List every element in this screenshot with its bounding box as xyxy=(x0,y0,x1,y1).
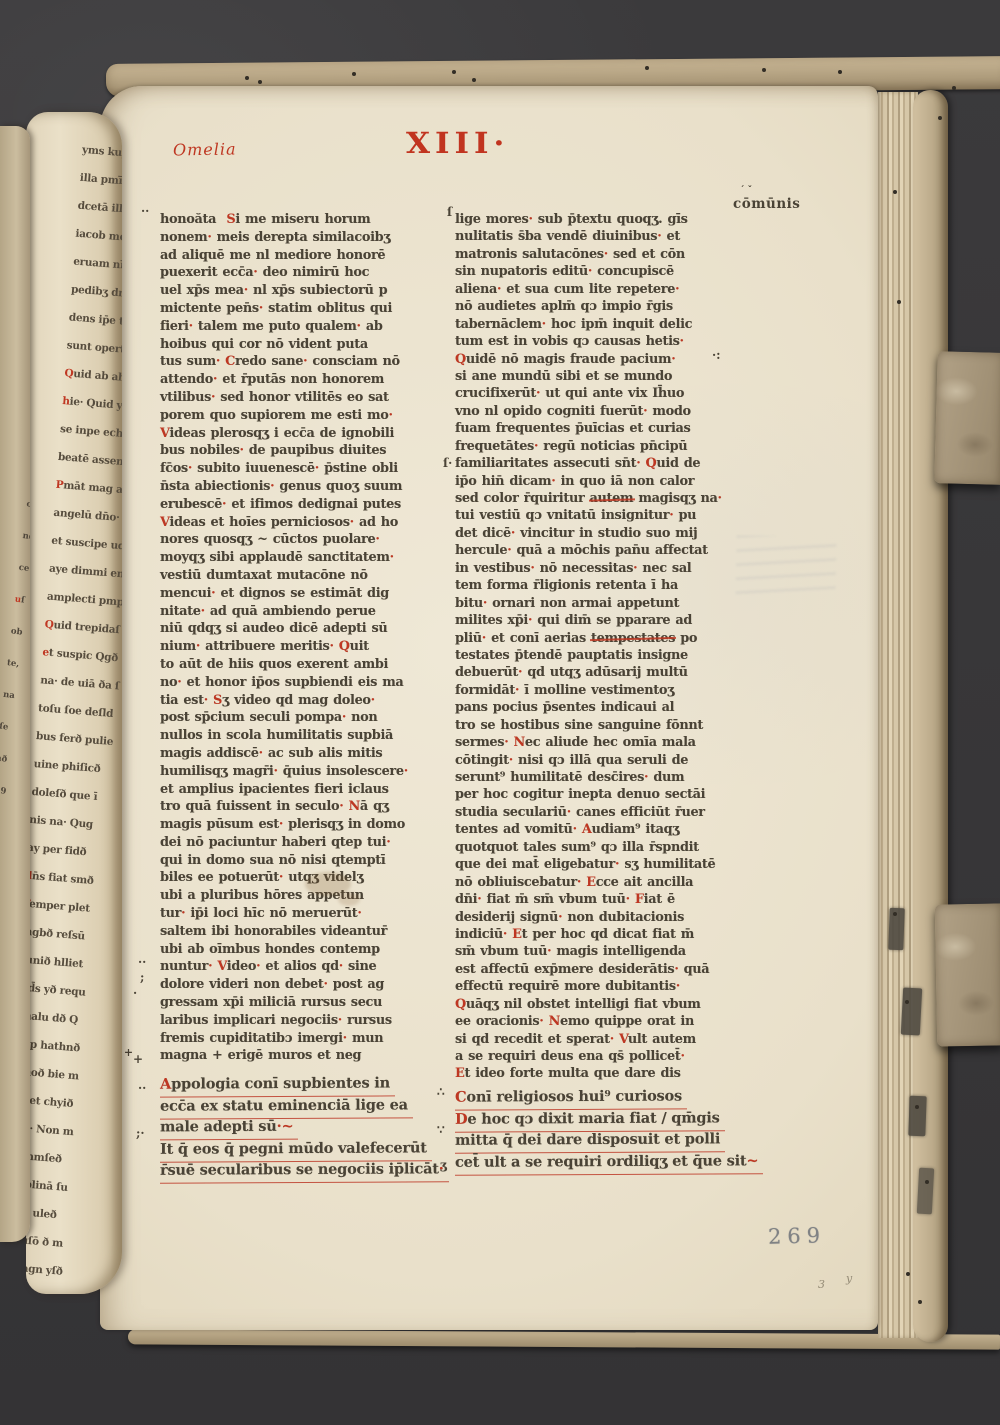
far-page-edge: mʒna2indamſqdbſidtctntm̄oſndceuſobte,naſ… xyxy=(0,126,30,1242)
book-photo: Omelia XIII· cōmūnis honoăta Si me miser… xyxy=(0,0,1000,1425)
margin-mark: ſ· xyxy=(443,456,452,470)
fore-edge-tab xyxy=(917,1168,934,1215)
margin-mark: ·· xyxy=(138,1081,146,1095)
margin-mark: ·· xyxy=(138,955,146,969)
previous-page-edge: yms kupā et nō ðiilla pmi̅a illa erðdcet… xyxy=(26,112,122,1294)
book-fore-edge-round xyxy=(913,90,948,1342)
strip-text-line: oſ xyxy=(25,488,30,522)
margin-mark: ʒ xyxy=(440,1158,447,1172)
margin-mark: ´ ˇ xyxy=(740,186,752,196)
manuscript-page: Omelia XIII· cōmūnis honoăta Si me miser… xyxy=(100,86,878,1330)
margin-mark: ſ xyxy=(447,205,452,219)
margin-mark: ·: xyxy=(712,348,721,362)
fore-edge-tab xyxy=(901,988,922,1036)
binding-strap-lower xyxy=(935,903,1000,1046)
book-bottom-edge xyxy=(128,1329,1000,1349)
previous-page-text: yms kupā et nō ðiilla pmi̅a illa erðdcet… xyxy=(26,136,122,1288)
margin-mark: · xyxy=(133,986,137,1000)
strip-text-line: m̄ xyxy=(28,457,30,491)
strip-text-line: ce xyxy=(17,552,30,586)
strip-text-line: ſe xyxy=(0,711,19,745)
strip-text-line: nd xyxy=(21,520,30,554)
book-fore-edge-ridges xyxy=(878,92,918,1338)
strip-text-line: m9 xyxy=(0,774,11,808)
strip-text-line: te, xyxy=(5,647,26,681)
margin-marks-layer: ····;·ıca ++··;·ſſ·∴∵ʒ·:´ ˇ xyxy=(100,86,878,1330)
strip-text-line: ap xyxy=(0,806,7,840)
margin-mark: ;· xyxy=(136,1126,145,1140)
strip-text-line: nð xyxy=(0,742,15,776)
strip-text-line: na xyxy=(1,679,22,713)
fore-edge-tab xyxy=(908,1096,926,1137)
binding-strap-upper xyxy=(934,351,1000,485)
strip-text-line: le xyxy=(0,838,3,872)
margin-mark: ; xyxy=(140,970,144,984)
margin-mark: ·· xyxy=(141,204,149,218)
far-page-text: mʒna2indamſqdbſidtctntm̄oſndceuſobte,naſ… xyxy=(0,139,30,1221)
margin-mark: ∵ xyxy=(437,1123,445,1137)
strip-text-line: ob xyxy=(9,615,30,649)
strip-text-line: uſ xyxy=(13,584,30,618)
fore-edge-tab xyxy=(888,908,904,950)
margin-mark: ∴ xyxy=(437,1085,445,1099)
margin-mark: + xyxy=(133,1052,143,1066)
